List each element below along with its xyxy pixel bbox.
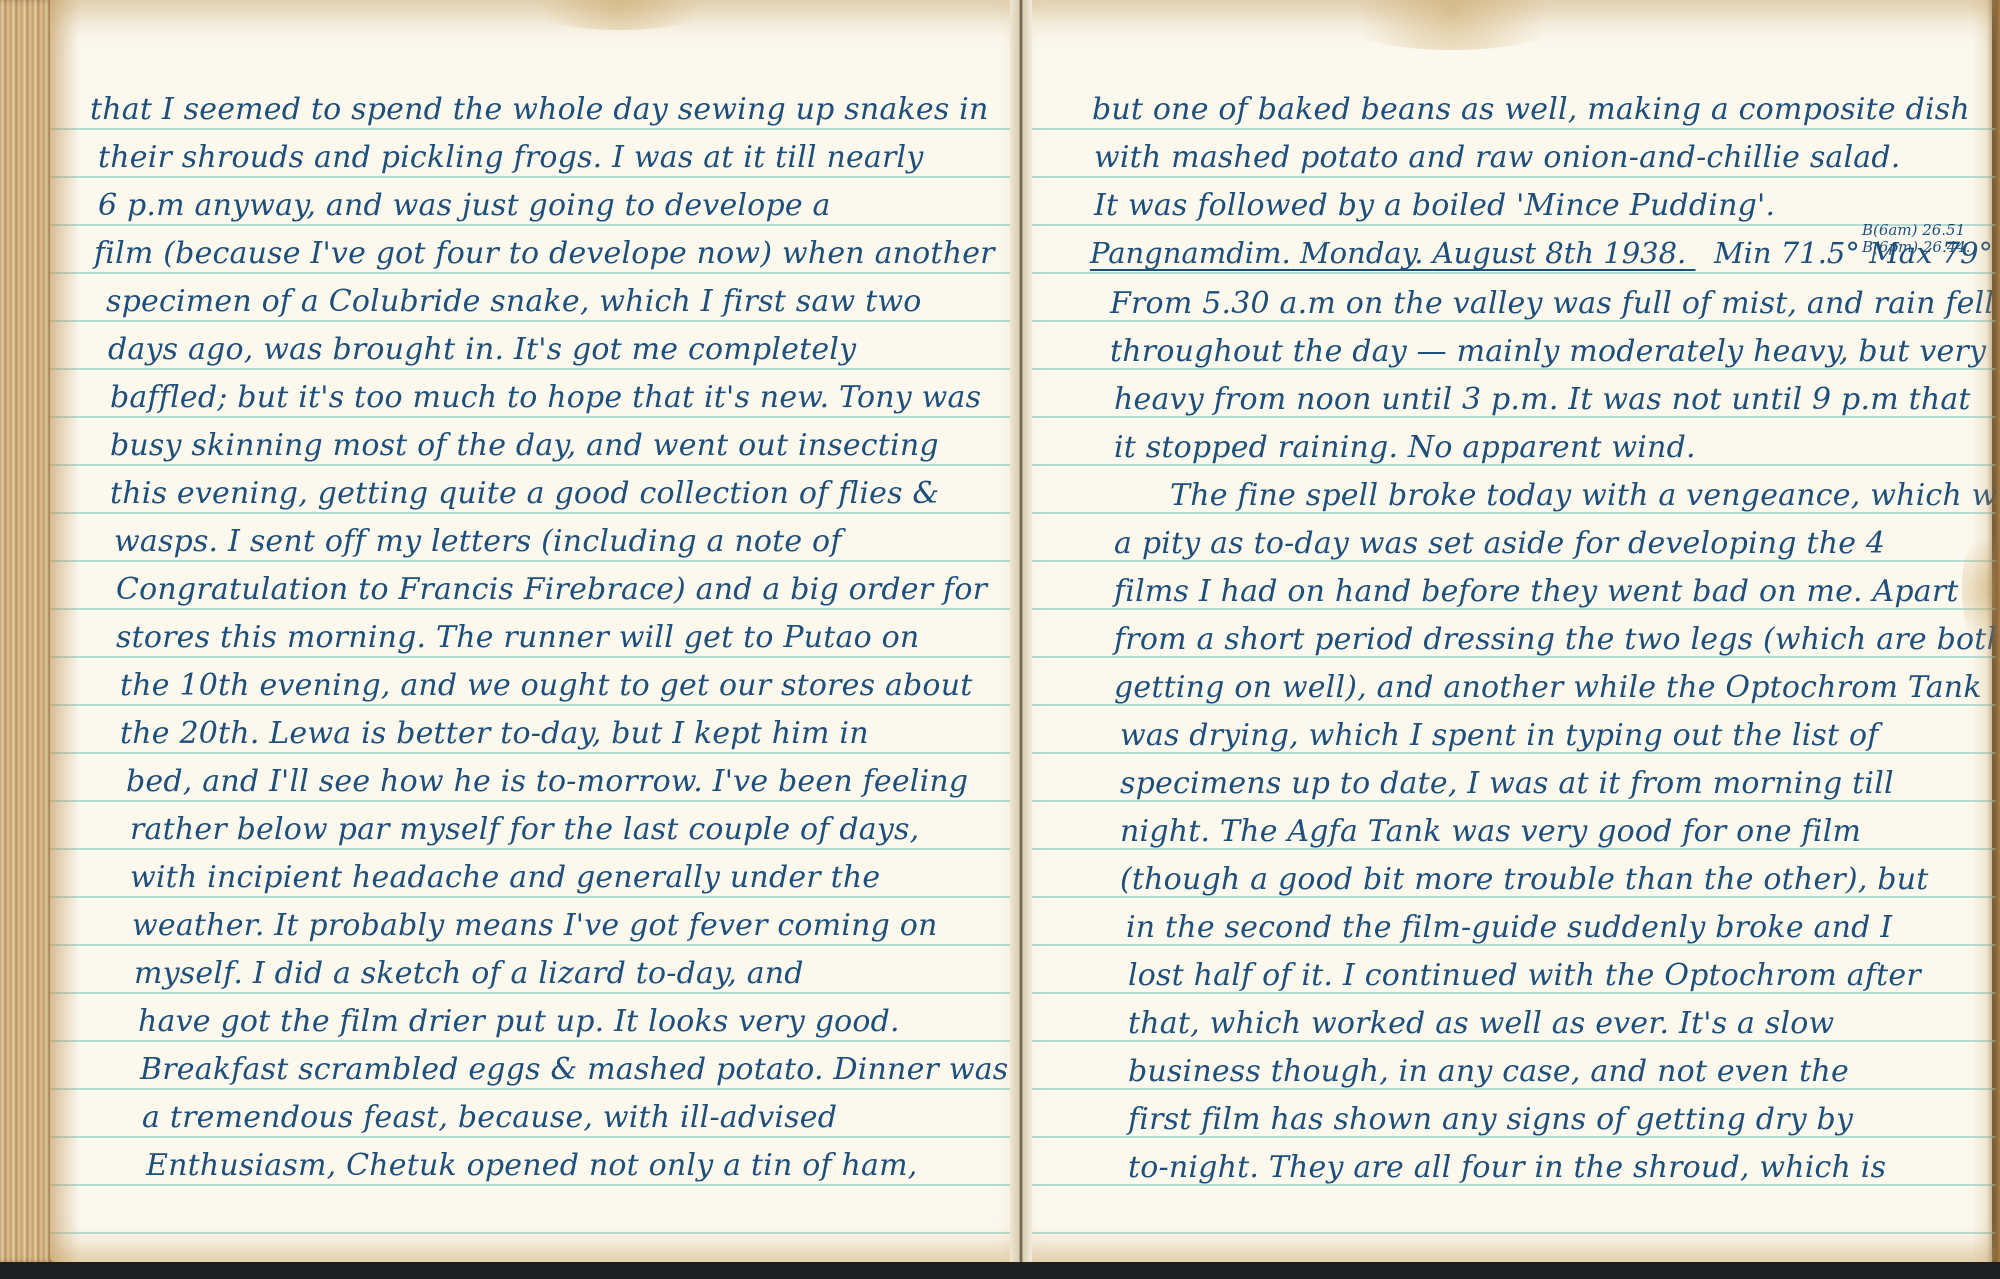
handwritten-line: films I had on hand before they went bad… xyxy=(1114,574,1959,609)
handwritten-line: days ago, was brought in. It's got me co… xyxy=(108,332,856,367)
ruled-line xyxy=(50,896,1016,898)
handwritten-line: that, which worked as well as ever. It's… xyxy=(1128,1006,1834,1041)
handwritten-line: (though a good bit more trouble than the… xyxy=(1120,862,1929,897)
ruled-line xyxy=(50,224,1016,226)
handwritten-line: The fine spell broke today with a vengea… xyxy=(1170,478,1996,513)
handwritten-line: that I seemed to spend the whole day sew… xyxy=(90,92,988,127)
ruled-line xyxy=(50,608,1016,610)
handwritten-line: this evening, getting quite a good colle… xyxy=(110,476,939,511)
ruled-line xyxy=(50,320,1016,322)
ruled-line xyxy=(50,992,1016,994)
handwritten-line: stores this morning. The runner will get… xyxy=(116,620,919,655)
handwritten-line: first film has shown any signs of gettin… xyxy=(1128,1102,1853,1137)
ruled-line xyxy=(50,656,1016,658)
handwritten-line: was drying, which I spent in typing out … xyxy=(1120,718,1879,753)
handwritten-line: a pity as to-day was set aside for devel… xyxy=(1114,526,1885,561)
handwritten-line: to-night. They are all four in the shrou… xyxy=(1128,1150,1886,1185)
ruled-line xyxy=(50,1088,1016,1090)
ruled-line xyxy=(50,1184,1016,1186)
ruled-line xyxy=(50,560,1016,562)
ruled-line xyxy=(50,464,1016,466)
open-notebook: that I seemed to spend the whole day sew… xyxy=(0,0,2000,1265)
barometer-am: B(6am) 26.51 xyxy=(1862,222,1971,239)
handwritten-line: wasps. I sent off my letters (including … xyxy=(114,524,842,559)
handwritten-line: 6 p.m anyway, and was just going to deve… xyxy=(98,188,831,223)
handwritten-line: night. The Agfa Tank was very good for o… xyxy=(1120,814,1861,849)
right-page: but one of baked beans as well, making a… xyxy=(1022,0,1996,1262)
handwritten-line: getting on well), and another while the … xyxy=(1114,670,1982,705)
handwritten-line: film (because I've got four to develope … xyxy=(94,236,995,271)
ruled-line xyxy=(1022,272,1996,274)
ruled-line xyxy=(1022,128,1996,130)
ruled-line xyxy=(50,752,1016,754)
diary-entry-heading: Pangnamdim. Monday. August 8th 1938. Min… xyxy=(1090,236,1993,270)
ruled-line xyxy=(50,512,1016,514)
ruled-line xyxy=(50,1136,1016,1138)
ruled-line xyxy=(1022,224,1996,226)
ruled-line xyxy=(50,704,1016,706)
handwritten-line: it stopped raining. No apparent wind. xyxy=(1114,430,1696,465)
handwritten-line: with incipient headache and generally un… xyxy=(130,860,880,895)
ruled-line xyxy=(50,176,1016,178)
handwritten-line: baffled; but it's too much to hope that … xyxy=(110,380,981,415)
ruled-line xyxy=(50,272,1016,274)
min-temperature: Min 71.5° xyxy=(1714,236,1860,270)
ruled-line xyxy=(1022,1232,1996,1234)
handwritten-line: the 20th. Lewa is better to-day, but I k… xyxy=(120,716,869,751)
ruled-line xyxy=(50,368,1016,370)
handwritten-line: with mashed potato and raw onion-and-chi… xyxy=(1094,140,1901,175)
handwritten-line: from a short period dressing the two leg… xyxy=(1114,622,1996,657)
handwritten-line: busy skinning most of the day, and went … xyxy=(110,428,939,463)
handwritten-line: Enthusiasm, Chetuk opened not only a tin… xyxy=(146,1148,918,1183)
ruled-line xyxy=(50,848,1016,850)
handwritten-line: the 10th evening, and we ought to get ou… xyxy=(120,668,972,703)
entry-place: Pangnamdim. xyxy=(1090,236,1291,270)
ruled-line xyxy=(50,944,1016,946)
ruled-line xyxy=(50,800,1016,802)
left-page: that I seemed to spend the whole day sew… xyxy=(50,0,1016,1262)
ruled-line xyxy=(50,1232,1016,1234)
barometer-pm: B(6pm) 26.44. xyxy=(1862,239,1971,256)
handwritten-line: heavy from noon until 3 p.m. It was not … xyxy=(1114,382,1971,417)
handwritten-line: myself. I did a sketch of a lizard to-da… xyxy=(134,956,804,991)
handwritten-line: Breakfast scrambled eggs & mashed potato… xyxy=(140,1052,1008,1087)
handwritten-line: weather. It probably means I've got feve… xyxy=(132,908,938,943)
entry-date: August 8th 1938. xyxy=(1433,236,1687,270)
book-gutter xyxy=(1010,0,1032,1262)
page-edges-stack xyxy=(0,0,54,1262)
handwritten-line: business though, in any case, and not ev… xyxy=(1128,1054,1849,1089)
handwritten-line: a tremendous feast, because, with ill-ad… xyxy=(142,1100,837,1135)
ruled-line xyxy=(50,1040,1016,1042)
handwritten-line: bed, and I'll see how he is to-morrow. I… xyxy=(126,764,968,799)
handwritten-line: specimens up to date, I was at it from m… xyxy=(1120,766,1894,801)
entry-day: Monday. xyxy=(1300,236,1423,270)
handwritten-line: specimen of a Colubride snake, which I f… xyxy=(106,284,921,319)
ruled-line xyxy=(1022,176,1996,178)
handwritten-line: throughout the day — mainly moderately h… xyxy=(1110,334,1986,369)
handwritten-line: From 5.30 a.m on the valley was full of … xyxy=(1110,286,1994,321)
handwritten-line: have got the film drier put up. It looks… xyxy=(138,1004,900,1039)
ruled-line xyxy=(50,128,1016,130)
barometer-readings: B(6am) 26.51 B(6pm) 26.44. xyxy=(1862,222,1971,256)
handwritten-line: rather below par myself for the last cou… xyxy=(130,812,919,847)
entry-place-date: Pangnamdim. Monday. August 8th 1938. xyxy=(1090,236,1696,270)
handwritten-line: but one of baked beans as well, making a… xyxy=(1092,92,1970,127)
handwritten-line: their shrouds and pickling frogs. I was … xyxy=(98,140,924,175)
handwritten-line: It was followed by a boiled 'Mince Puddi… xyxy=(1094,188,1775,223)
handwritten-line: lost half of it. I continued with the Op… xyxy=(1128,958,1921,993)
handwritten-line: in the second the film-guide suddenly br… xyxy=(1126,910,1892,945)
ruled-line xyxy=(50,416,1016,418)
handwritten-line: Congratulation to Francis Firebrace) and… xyxy=(116,572,987,607)
